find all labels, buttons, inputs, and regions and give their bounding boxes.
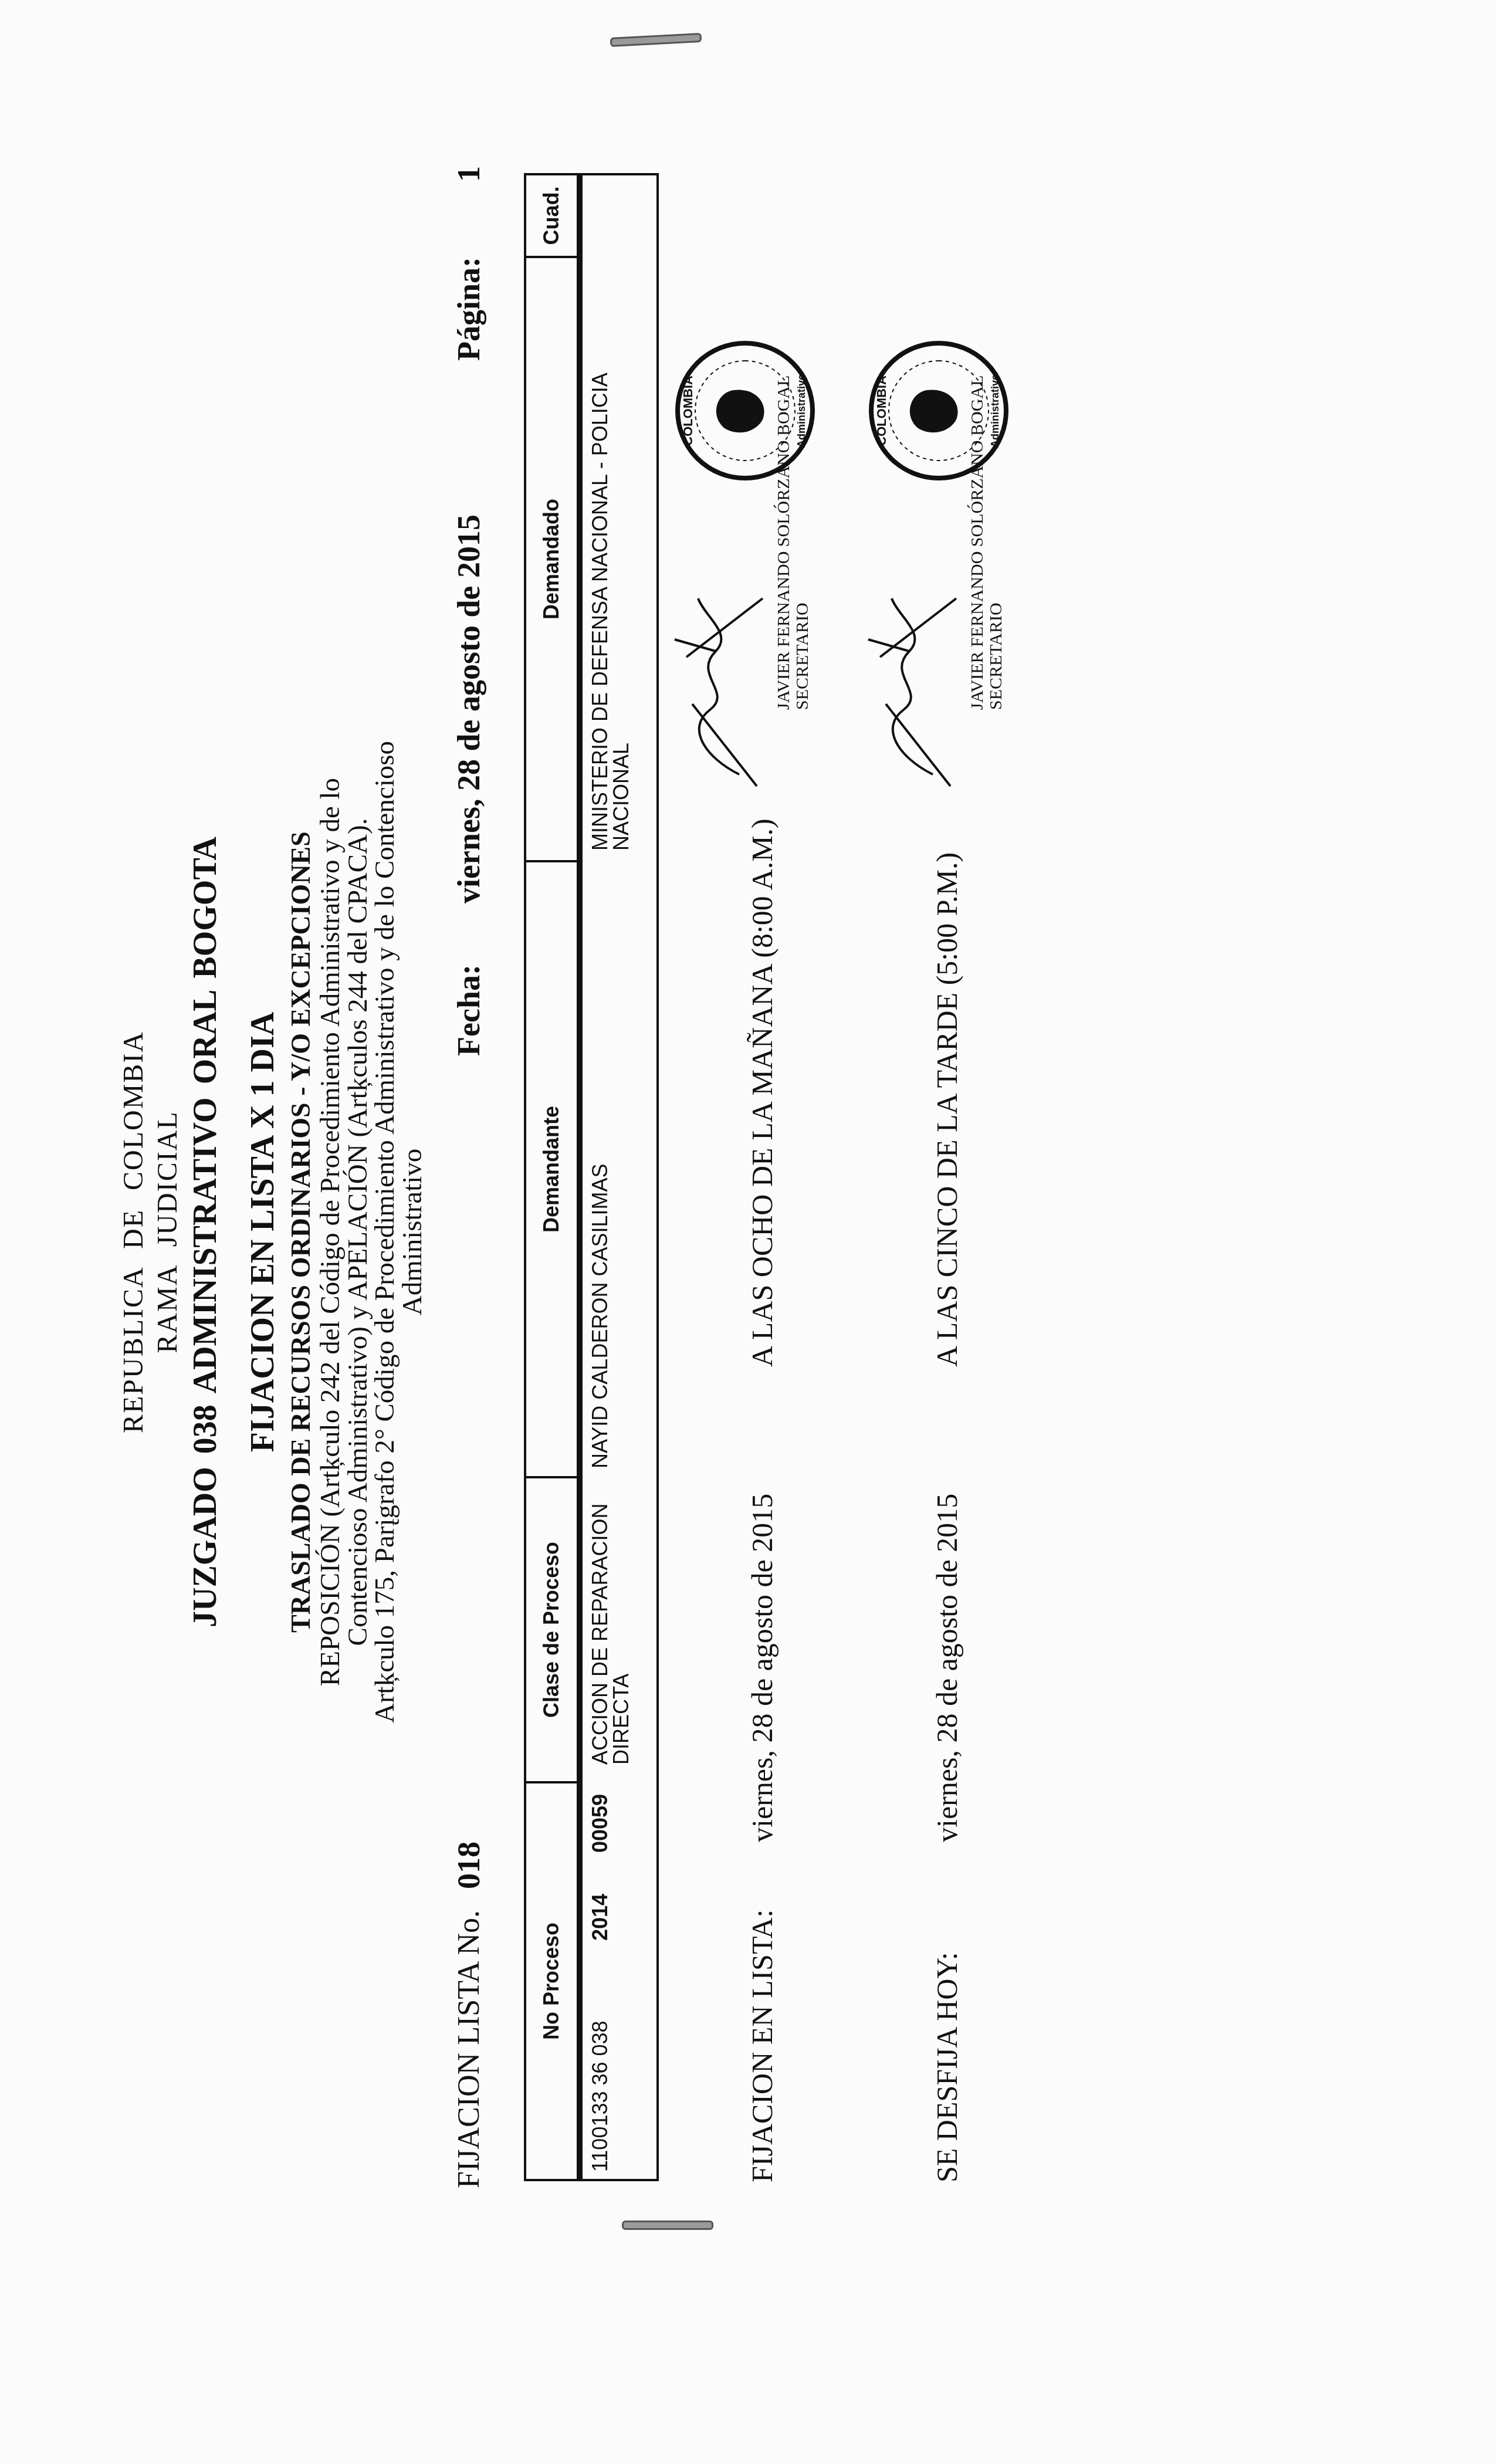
pagina-value: 1	[451, 166, 487, 182]
svg-text:Administrativo: Administrativo	[989, 374, 1001, 448]
process-table: No Proceso Clase de Proceso Demandante D…	[524, 173, 659, 2181]
fijacion-date: viernes, 28 de agosto de 2015	[745, 1494, 779, 1842]
court-seal-icon: COLOMBIA Administrativo	[862, 334, 1015, 487]
handwritten-signature-icon	[862, 546, 980, 792]
column-header-cuad: Cuad.	[524, 173, 579, 258]
cell-no-proceso-prefix: 1100133 36 038	[590, 1961, 611, 2172]
court-seal-icon: COLOMBIA Administrativo	[669, 334, 821, 487]
fijacion-label: FIJACION EN LISTA:	[745, 1910, 779, 2182]
legal-text-line-1: REPOSICIÓN (Artķculo 242 del Código de P…	[317, 0, 344, 2464]
header-court: JUZGADO 038 ADMINISTRATIVO ORAL BOGOTA	[187, 0, 224, 2464]
signature-block-2: JAVIER FERNANDO SOLÓRZANO BOGAL SECRETAR…	[862, 293, 1015, 792]
signature-block-1: JAVIER FERNANDO SOLÓRZANO BOGAL SECRETAR…	[669, 293, 821, 792]
cell-clase-proceso: ACCION DE REPARACION DIRECTA	[590, 1483, 632, 1765]
desfija-label: SE DESFIJA HOY:	[930, 1952, 964, 2182]
pagina-label: Página:	[451, 257, 487, 361]
cell-demandado: MINISTERIO DE DEFENSA NACIONAL - POLICIA…	[590, 264, 632, 851]
legal-text-line-3: Artķculo 175, Parįgrafo 2° Código de Pro…	[371, 0, 398, 2464]
lista-number: 018	[451, 1842, 487, 1889]
cell-no-proceso-number: 00059	[590, 1782, 611, 1853]
column-header-demandado: Demandado	[524, 258, 579, 862]
header-country: REPUBLICA DE COLOMBIA	[117, 0, 150, 2464]
svg-text:Administrativo: Administrativo	[796, 374, 807, 448]
desfija-date: viernes, 28 de agosto de 2015	[930, 1494, 964, 1842]
fijacion-time: A LAS OCHO DE LA MAÑANA (8:00 A.M.)	[745, 818, 779, 1367]
svg-text:COLOMBIA: COLOMBIA	[681, 375, 695, 446]
page-subtitle: TRASLADO DE RECURSOS ORDINARIOS - Y/O EX…	[285, 0, 316, 2464]
document-page: REPUBLICA DE COLOMBIA RAMA JUDICIAL JUZG…	[0, 0, 1496, 2464]
desfija-time: A LAS CINCO DE LA TARDE (5:00 P.M.)	[930, 852, 964, 1367]
column-header-clase-proceso: Clase de Proceso	[524, 1478, 579, 1783]
column-header-demandante: Demandante	[524, 862, 579, 1478]
handwritten-signature-icon	[669, 546, 786, 792]
column-header-no-proceso: No Proceso	[524, 1783, 579, 2181]
cell-no-proceso-year: 2014	[590, 1876, 611, 1941]
page-title: FIJACION EN LISTA X 1 DIA	[244, 0, 282, 2464]
lista-label: FIJACION LISTA No.	[452, 1910, 486, 2188]
legal-text-line-4: Administrativo	[399, 0, 426, 2464]
header-branch: RAMA JUDICIAL	[151, 0, 184, 2464]
signer-role: SECRETARIO	[793, 603, 812, 710]
svg-text:COLOMBIA: COLOMBIA	[874, 375, 889, 446]
fecha-label: Fecha:	[451, 964, 487, 1056]
legal-text-line-2: Contencioso Administrativo) y APELACIÓN …	[344, 0, 371, 2464]
signer-role: SECRETARIO	[987, 603, 1006, 710]
fecha-value: viernes, 28 de agosto de 2015	[451, 515, 487, 903]
cell-demandante: NAYID CALDERON CASILIMAS	[590, 882, 611, 1468]
